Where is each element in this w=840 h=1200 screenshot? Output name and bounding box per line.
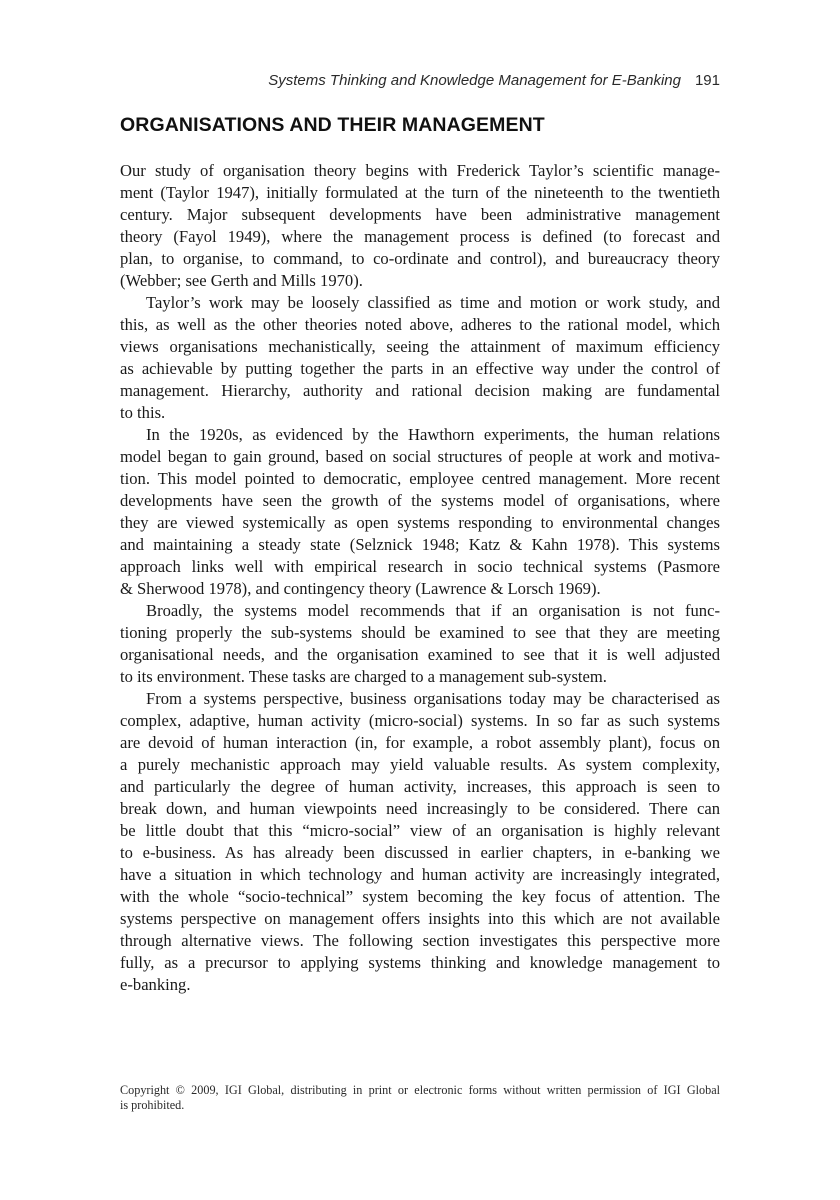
text-line: plan, to organise, to command, to co-ord… — [120, 248, 720, 270]
text-line: organisational needs, and the organisati… — [120, 644, 720, 666]
text-line: theory (Fayol 1949), where the managemen… — [120, 226, 720, 248]
text-line: ment (Taylor 1947), initially formulated… — [120, 182, 720, 204]
text-line: Taylor’s work may be loosely classified … — [120, 292, 720, 314]
text-line: and particularly the degree of human act… — [120, 776, 720, 798]
text-line: to its environment. These tasks are char… — [120, 666, 720, 688]
text-line: Our study of organisation theory begins … — [120, 160, 720, 182]
text-line: e-banking. — [120, 974, 720, 996]
text-line: & Sherwood 1978), and contingency theory… — [120, 578, 720, 600]
text-line: be little doubt that this “micro-social”… — [120, 820, 720, 842]
paragraph-4: Broadly, the systems model recommends th… — [120, 600, 720, 688]
footer-line: Copyright © 2009, IGI Global, distributi… — [120, 1083, 720, 1098]
text-line: tion. This model pointed to democratic, … — [120, 468, 720, 490]
text-line: as achievable by putting together the pa… — [120, 358, 720, 380]
footer-line: is prohibited. — [120, 1098, 720, 1113]
text-line: management. Hierarchy, authority and rat… — [120, 380, 720, 402]
text-line: complex, adaptive, human activity (micro… — [120, 710, 720, 732]
text-line: they are viewed systemically as open sys… — [120, 512, 720, 534]
running-header: Systems Thinking and Knowledge Managemen… — [120, 72, 720, 89]
text-line: views organisations mechanistically, see… — [120, 336, 720, 358]
text-line: to e-business. As has already been discu… — [120, 842, 720, 864]
text-line: are devoid of human interaction (in, for… — [120, 732, 720, 754]
text-line: with the whole “socio-technical” system … — [120, 886, 720, 908]
paragraph-2: Taylor’s work may be loosely classified … — [120, 292, 720, 424]
text-line: In the 1920s, as evidenced by the Hawtho… — [120, 424, 720, 446]
text-line: tioning properly the sub-systems should … — [120, 622, 720, 644]
book-page: Systems Thinking and Knowledge Managemen… — [0, 0, 840, 1200]
text-line: systems perspective on management offers… — [120, 908, 720, 930]
text-line: From a systems perspective, business org… — [120, 688, 720, 710]
text-line: through alternative views. The following… — [120, 930, 720, 952]
copyright-footer: Copyright © 2009, IGI Global, distributi… — [120, 1083, 720, 1113]
section-heading: ORGANISATIONS AND THEIR MANAGEMENT — [120, 114, 545, 137]
text-line: a purely mechanistic approach may yield … — [120, 754, 720, 776]
text-line: developments have seen the growth of the… — [120, 490, 720, 512]
page-number: 191 — [695, 72, 720, 89]
text-line: break down, and human viewpoints need in… — [120, 798, 720, 820]
text-line: to this. — [120, 402, 720, 424]
running-title: Systems Thinking and Knowledge Managemen… — [268, 72, 681, 89]
text-line: (Webber; see Gerth and Mills 1970). — [120, 270, 720, 292]
text-line: fully, as a precursor to applying system… — [120, 952, 720, 974]
text-line: have a situation in which technology and… — [120, 864, 720, 886]
body-text: Our study of organisation theory begins … — [120, 160, 720, 996]
paragraph-1: Our study of organisation theory begins … — [120, 160, 720, 292]
text-line: model began to gain ground, based on soc… — [120, 446, 720, 468]
text-line: this, as well as the other theories note… — [120, 314, 720, 336]
text-line: and maintaining a steady state (Selznick… — [120, 534, 720, 556]
text-line: Broadly, the systems model recommends th… — [120, 600, 720, 622]
text-line: century. Major subsequent developments h… — [120, 204, 720, 226]
paragraph-3: In the 1920s, as evidenced by the Hawtho… — [120, 424, 720, 600]
paragraph-5: From a systems perspective, business org… — [120, 688, 720, 996]
text-line: approach links well with empirical resea… — [120, 556, 720, 578]
